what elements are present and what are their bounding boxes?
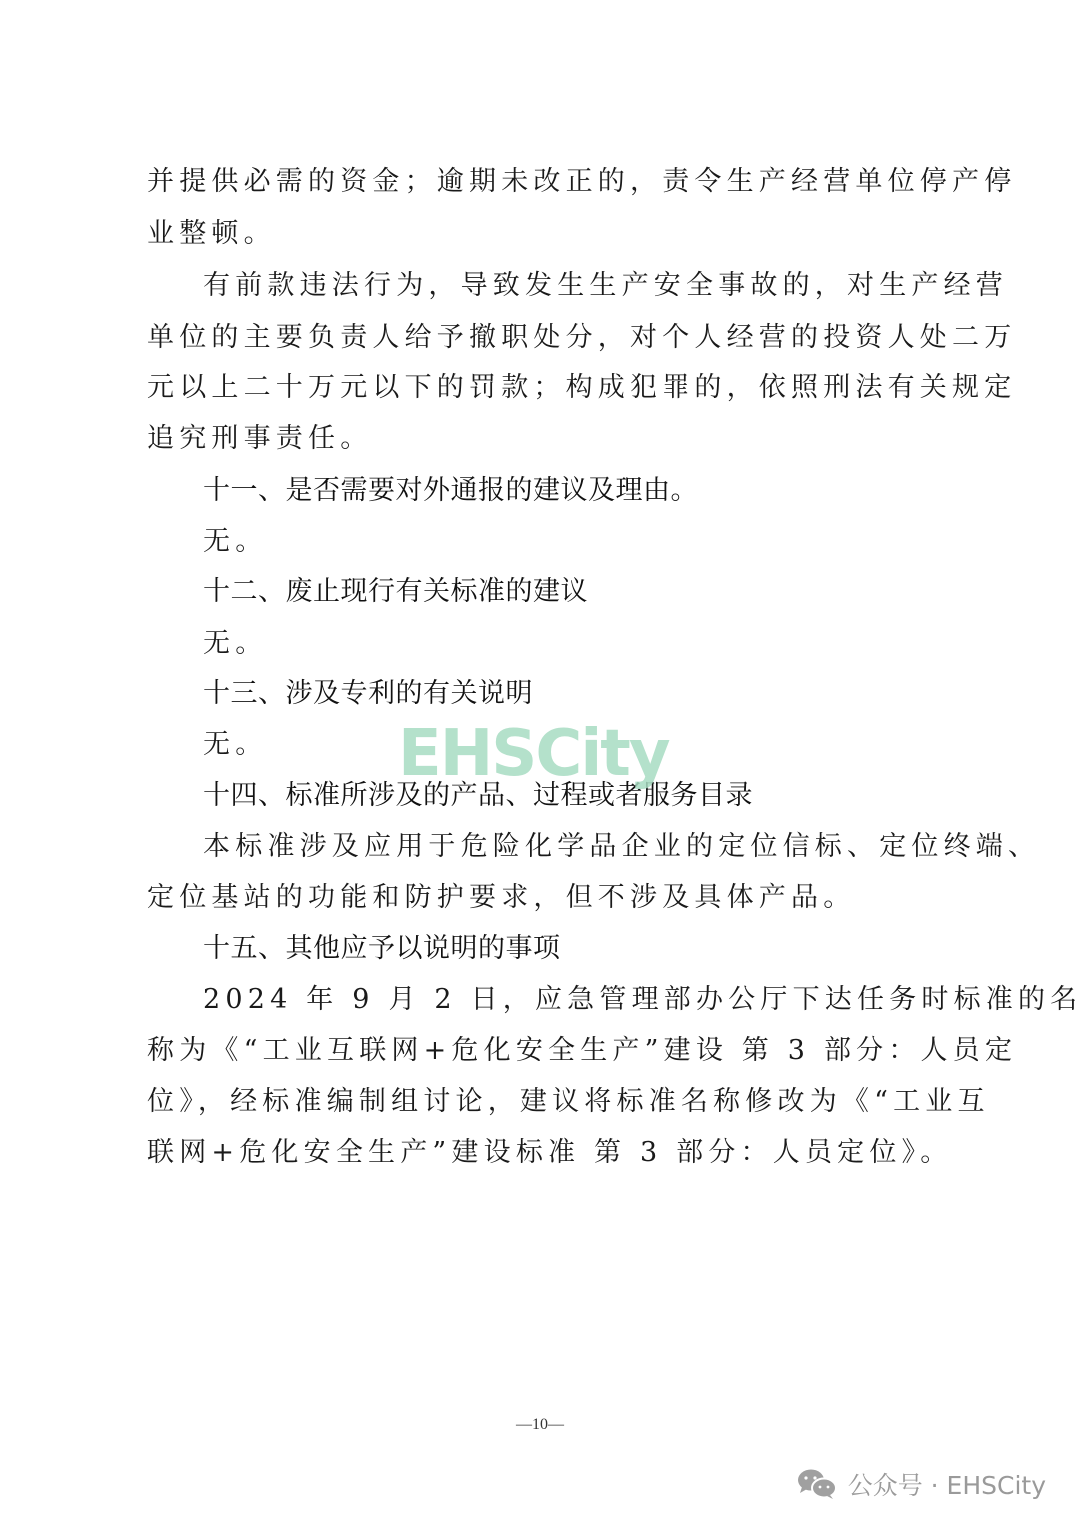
- paragraph-line: 元以上二十万元以下的罚款；构成犯罪的，依照刑法有关规定: [147, 374, 1016, 401]
- paragraph-line: 本标准涉及应用于危险化学品企业的定位信标、定位终端、: [203, 833, 1040, 860]
- section-heading: 十五、其他应予以说明的事项: [203, 935, 561, 962]
- section-heading: 十三、涉及专利的有关说明: [203, 680, 533, 707]
- section-heading: 十二、废止现行有关标准的建议: [203, 578, 588, 605]
- paragraph-line: 并提供必需的资金；逾期未改正的，责令生产经营单位停产停: [147, 168, 1016, 195]
- paragraph-line: 无。: [203, 731, 267, 758]
- footer-label: 公众号 · EHSCity: [848, 1466, 1046, 1502]
- paragraph-line: 2024 年 9 月 2 日，应急管理部办公厅下达任务时标准的名: [203, 986, 1080, 1013]
- footer-attribution: 公众号 · EHSCity: [796, 1466, 1046, 1502]
- paragraph-line: 单位的主要负责人给予撤职处分，对个人经营的投资人处二万: [147, 324, 1016, 351]
- paragraph-line: 无。: [203, 630, 267, 657]
- paragraph-line: 位》，经标准编制组讨论，建议将标准名称修改为《“工业互: [147, 1088, 990, 1115]
- paragraph-line: 追究刑事责任。: [147, 425, 372, 452]
- paragraph-line: 业整顿。: [147, 220, 276, 247]
- paragraph-line: 定位基站的功能和防护要求，但不涉及具体产品。: [147, 884, 855, 911]
- paragraph-line: 称为《“工业互联网+危化安全生产”建设 第 3 部分：人员定: [147, 1037, 1017, 1064]
- paragraph-line: 有前款违法行为，导致发生生产安全事故的，对生产经营: [203, 272, 1008, 299]
- paragraph-line: 联网+危化安全生产”建设标准 第 3 部分：人员定位》。: [147, 1139, 952, 1166]
- section-heading: 十一、是否需要对外通报的建议及理由。: [203, 477, 698, 504]
- paragraph-line: 无。: [203, 528, 267, 555]
- page-number: —10—: [0, 1416, 1080, 1434]
- wechat-icon: [796, 1468, 838, 1500]
- watermark-logo: EHSCity: [398, 722, 669, 786]
